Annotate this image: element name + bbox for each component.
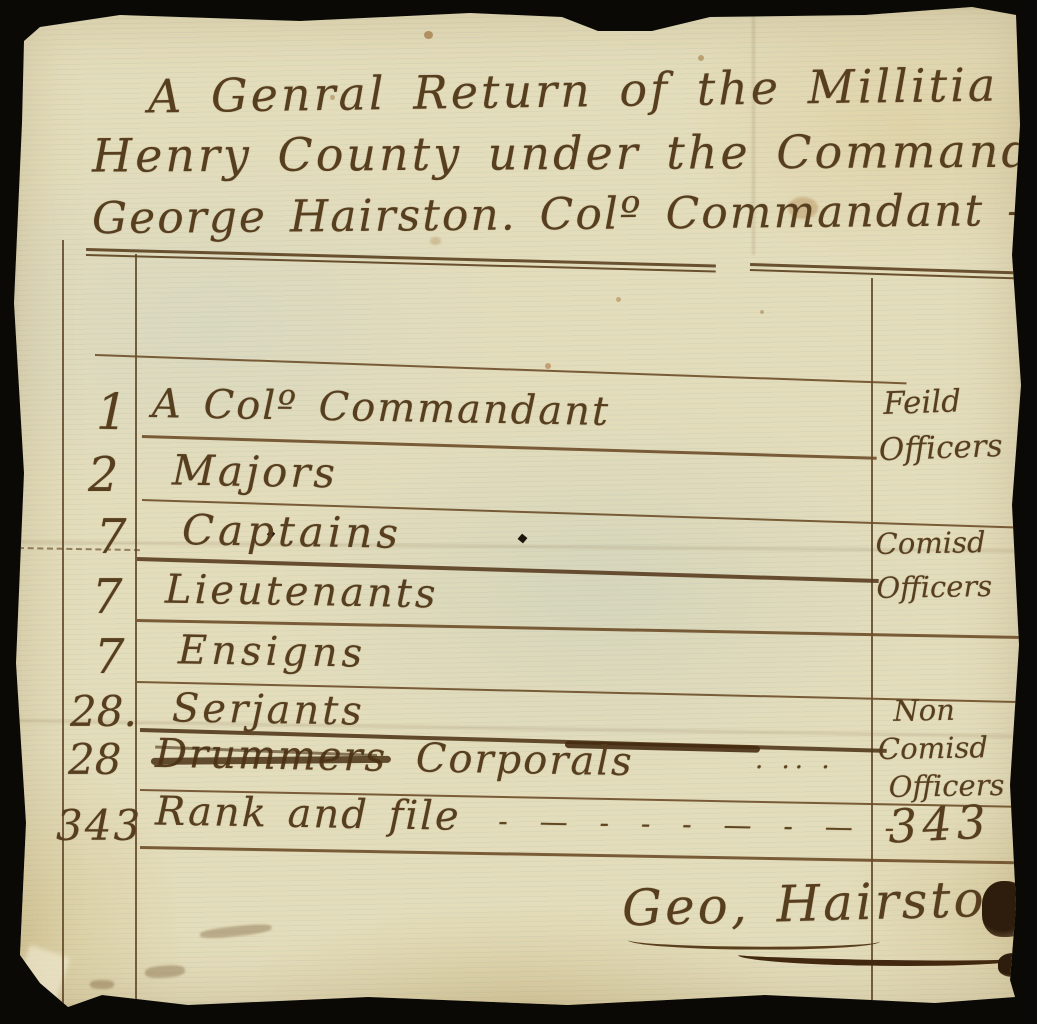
ink-blot xyxy=(982,881,1032,937)
row-label-corporals-text: Corporals xyxy=(415,735,634,785)
row-count: 1 xyxy=(95,383,128,442)
signature-flourish xyxy=(738,943,1030,969)
title-line-3: George Hairston. Colº Commandant — xyxy=(92,185,1037,244)
table-header-rule xyxy=(95,354,907,384)
table-left-outer-rule xyxy=(62,240,64,1005)
title-line-1: A Genral Return of the Millitia of xyxy=(148,57,1037,124)
horizontal-crease xyxy=(10,541,1027,553)
group-label-line: Feild xyxy=(882,377,1001,427)
row-label-serjants: Serjants xyxy=(172,685,366,734)
document-page: A Genral Return of the Millitia of Henry… xyxy=(10,5,1027,1010)
group-label-line: Comisd xyxy=(875,520,992,566)
title-double-rule-left xyxy=(86,248,716,272)
table-count-column-rule xyxy=(135,254,137,1005)
ink-blot xyxy=(998,953,1034,977)
row-label-majors: Majors xyxy=(172,446,339,498)
rank-and-file-text: Rank and file xyxy=(155,788,461,839)
row-count: 343 xyxy=(56,801,142,850)
struck-word-drummers: Drummers xyxy=(155,731,388,781)
signature: Geo, Hairston Co xyxy=(621,866,1037,937)
row-count: 28. xyxy=(70,687,137,736)
row-label-captains: Captains xyxy=(182,505,403,558)
ink-smudge xyxy=(145,964,186,979)
row-count: 7 xyxy=(92,569,123,625)
group-label-non-commissioned-officers: Non Comisd Officers xyxy=(881,690,1005,806)
row-label-lieutenants: Lieutenants xyxy=(165,567,439,618)
group-label-line: Comisd xyxy=(878,728,1004,768)
row-label-corporals: Drummers Corporals xyxy=(155,731,634,785)
foxing-stain xyxy=(545,363,551,369)
row-count: 2 xyxy=(88,447,119,503)
foxing-stain xyxy=(424,31,433,39)
group-label-line: Officers xyxy=(878,423,1003,473)
row-label-rank-and-file: Rank and file - — - - - — - — - xyxy=(155,788,904,847)
total-value: 343 xyxy=(887,794,992,853)
row-count: 7 xyxy=(96,509,127,565)
ink-tick-marks: · ·· · xyxy=(755,753,835,783)
ink-smudge xyxy=(199,923,272,940)
group-label-commissioned-officers: Comisd Officers xyxy=(875,520,992,610)
foxing-stain xyxy=(616,297,621,302)
ink-blot xyxy=(1008,889,1030,931)
group-label-line: Officers xyxy=(876,564,993,610)
leader-dashes: - — - - - — - — - xyxy=(498,804,903,844)
title-line-2: Henry County under the Command of xyxy=(92,123,1037,182)
row-count: 7 xyxy=(94,629,125,685)
foxing-stain xyxy=(760,310,764,314)
ink-smudge xyxy=(90,980,114,989)
paper-hole xyxy=(518,534,528,544)
foxing-stain xyxy=(698,55,704,61)
row-count: 28 xyxy=(68,735,121,784)
row-label-ensigns: Ensigns xyxy=(178,627,367,676)
title-double-rule-right xyxy=(750,263,1037,280)
group-label-line: Non xyxy=(893,690,1003,730)
row-label-commandant: A Colº Commandant xyxy=(152,381,611,435)
scan-background: { "page": { "title_lines": [ "A Genral R… xyxy=(0,0,1037,1024)
group-label-field-officers: Feild Officers xyxy=(882,377,1003,473)
